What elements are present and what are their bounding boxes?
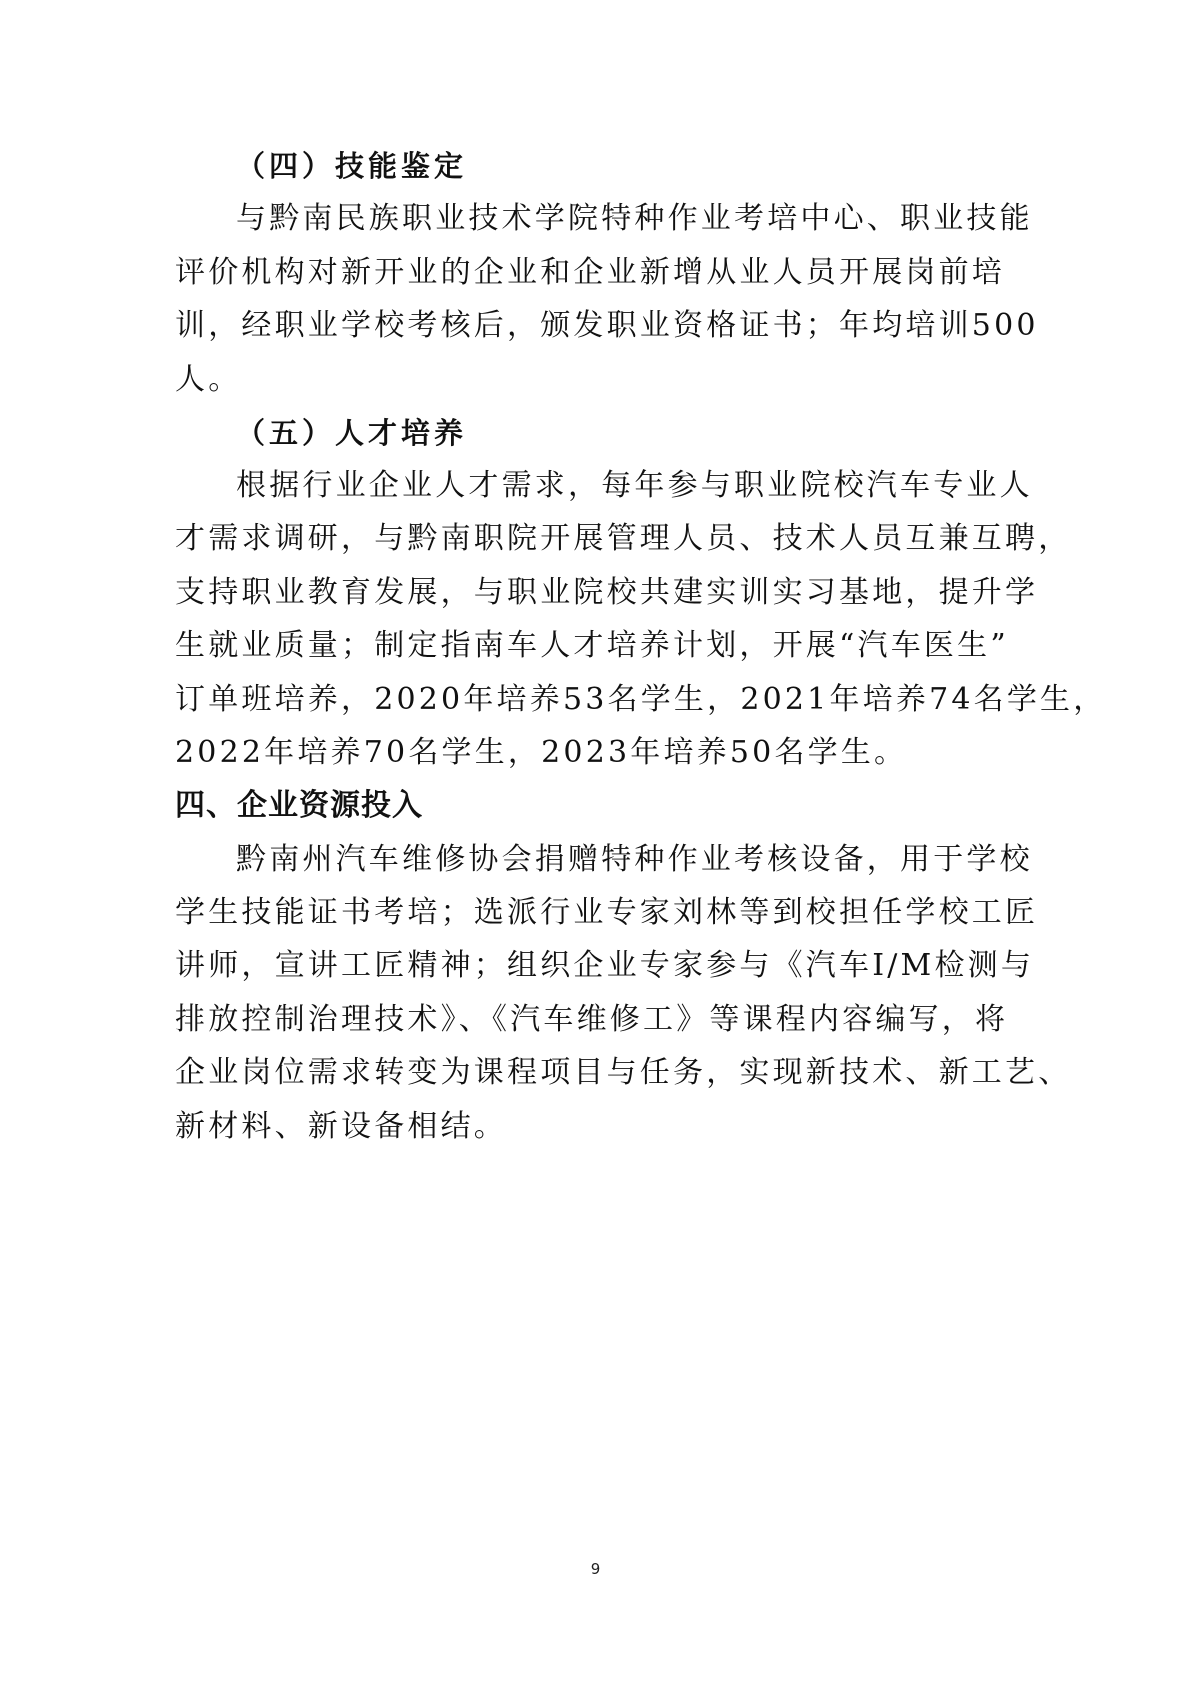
paragraph-line: 人。 — [175, 360, 1035, 400]
paragraph-line: 学生技能证书考培；选派行业专家刘林等到校担任学校工匠 — [175, 893, 1035, 933]
paragraph-line: 才需求调研，与黔南职院开展管理人员、技术人员互兼互聘， — [175, 519, 1035, 559]
subheading-talent-training: （五）人才培养 — [236, 413, 1096, 453]
paragraph-line: 企业岗位需求转变为课程项目与任务，实现新技术、新工艺、 — [175, 1053, 1035, 1093]
paragraph-line: 与黔南民族职业技术学院特种作业考培中心、职业技能 — [236, 199, 1096, 239]
paragraph-line: 讲师，宣讲工匠精神；组织企业专家参与《汽车I/M检测与 — [175, 946, 1035, 986]
subheading-skill-appraisal: （四）技能鉴定 — [236, 146, 1096, 186]
section-heading-enterprise-resource-input: 四、企业资源投入 — [175, 786, 1035, 826]
document-page: （四）技能鉴定 与黔南民族职业技术学院特种作业考培中心、职业技能 评价机构对新开… — [0, 0, 1191, 1684]
paragraph-line: 训，经职业学校考核后，颁发职业资格证书；年均培训500 — [175, 306, 1035, 346]
page-number: 9 — [0, 1560, 1191, 1578]
paragraph-line: 订单班培养，2020年培养53名学生，2021年培养74名学生， — [175, 680, 1035, 720]
paragraph-line: 支持职业教育发展，与职业院校共建实训实习基地，提升学 — [175, 573, 1035, 613]
paragraph-line: 生就业质量；制定指南车人才培养计划，开展“汽车医生” — [175, 626, 1035, 666]
paragraph-line: 根据行业企业人才需求，每年参与职业院校汽车专业人 — [236, 466, 1096, 506]
paragraph-line: 排放控制治理技术》、《汽车维修工》等课程内容编写，将 — [175, 1000, 1035, 1040]
paragraph-line: 评价机构对新开业的企业和企业新增从业人员开展岗前培 — [175, 253, 1035, 293]
paragraph-line: 2022年培养70名学生，2023年培养50名学生。 — [175, 733, 1035, 773]
paragraph-line: 黔南州汽车维修协会捐赠特种作业考核设备，用于学校 — [236, 840, 1096, 880]
paragraph-line: 新材料、新设备相结。 — [175, 1107, 1035, 1147]
